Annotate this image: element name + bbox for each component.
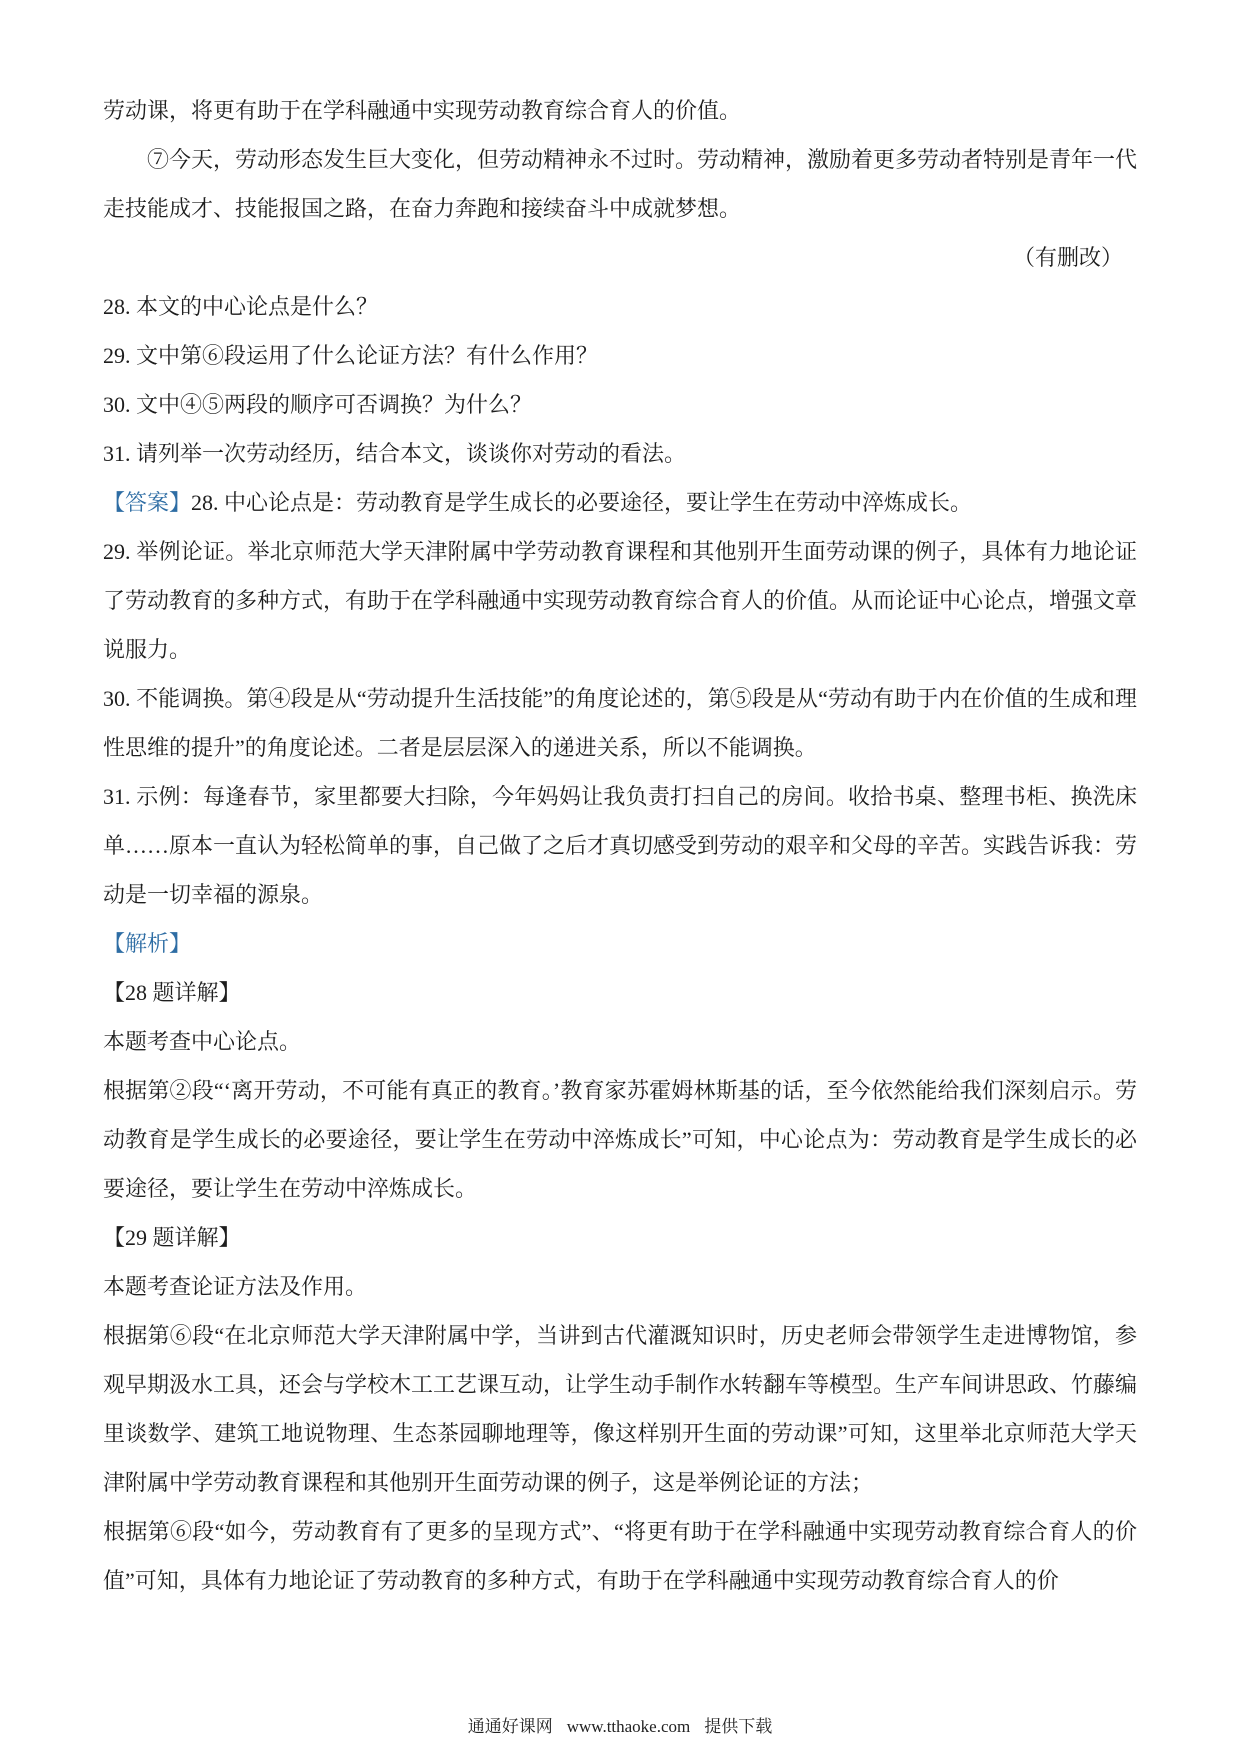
analysis-29-body-2: 根据第⑥段“如今，劳动教育有了更多的呈现方式”、“将更有助于在学科融通中实现劳动… xyxy=(103,1507,1137,1605)
analysis-28-intro: 本题考查中心论点。 xyxy=(103,1017,1137,1066)
article-paragraph-7: ⑦今天，劳动形态发生巨大变化，但劳动精神永不过时。劳动精神，激励着更多劳动者特别… xyxy=(103,135,1137,233)
answer-29: 29. 举例论证。举北京师范大学天津附属中学劳动教育课程和其他别开生面劳动课的例… xyxy=(103,527,1137,674)
page-footer: 通通好课网www.tthaoke.com提供下载 xyxy=(0,1712,1240,1737)
analysis-label-text: 【解析】 xyxy=(103,931,191,956)
analysis-28-body: 根据第②段“‘离开劳动，不可能有真正的教育。’教育家苏霍姆林斯基的话，至今依然能… xyxy=(103,1066,1137,1213)
article-continuation-line: 劳动课，将更有助于在学科融通中实现劳动教育综合育人的价值。 xyxy=(103,86,1137,135)
analysis-section-label: 【解析】 xyxy=(103,919,1137,968)
analysis-29-heading: 【29 题详解】 xyxy=(103,1213,1137,1262)
footer-note: 提供下载 xyxy=(704,1717,772,1736)
source-note: （有删改） xyxy=(103,233,1137,282)
analysis-29-body-1: 根据第⑥段“在北京师范大学天津附属中学，当讲到古代灌溉知识时，历史老师会带领学生… xyxy=(103,1311,1137,1507)
answer-28-text: 28. 中心论点是：劳动教育是学生成长的必要途径，要让学生在劳动中淬炼成长。 xyxy=(191,490,972,515)
analysis-29-intro: 本题考查论证方法及作用。 xyxy=(103,1262,1137,1311)
answer-28: 【答案】28. 中心论点是：劳动教育是学生成长的必要途径，要让学生在劳动中淬炼成… xyxy=(103,478,1137,527)
answer-30: 30. 不能调换。第④段是从“劳动提升生活技能”的角度论述的，第⑤段是从“劳动有… xyxy=(103,674,1137,772)
document-page: 劳动课，将更有助于在学科融通中实现劳动教育综合育人的价值。 ⑦今天，劳动形态发生… xyxy=(103,86,1137,1605)
question-31: 31. 请列举一次劳动经历，结合本文，谈谈你对劳动的看法。 xyxy=(103,429,1137,478)
answer-section-label: 【答案】 xyxy=(103,490,191,515)
footer-site-url: www.tthaoke.com xyxy=(567,1717,691,1736)
question-30: 30. 文中④⑤两段的顺序可否调换？为什么？ xyxy=(103,380,1137,429)
analysis-28-heading: 【28 题详解】 xyxy=(103,968,1137,1017)
question-28: 28. 本文的中心论点是什么？ xyxy=(103,282,1137,331)
question-29: 29. 文中第⑥段运用了什么论证方法？有什么作用？ xyxy=(103,331,1137,380)
answer-31: 31. 示例：每逢春节，家里都要大扫除，今年妈妈让我负责打扫自己的房间。收拾书桌… xyxy=(103,772,1137,919)
footer-site-name: 通通好课网 xyxy=(468,1717,553,1736)
